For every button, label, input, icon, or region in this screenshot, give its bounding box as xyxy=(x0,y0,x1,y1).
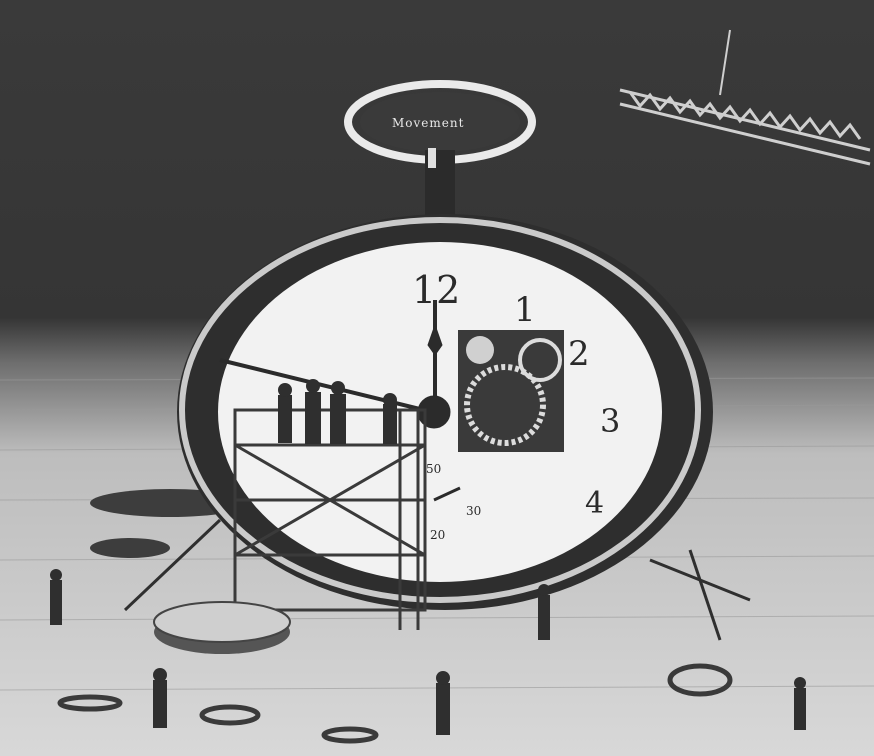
subdial-numeral-30: 30 xyxy=(466,504,481,518)
bow-engraving: Movement xyxy=(392,116,464,130)
scene-graphic xyxy=(0,0,874,756)
subdial-numeral-20: 20 xyxy=(430,528,445,542)
dial-numeral-4: 4 xyxy=(585,486,604,521)
watch-bow xyxy=(348,84,532,220)
dial-numeral-3: 3 xyxy=(600,402,620,440)
illustration: Movement 12 1 2 3 4 50 30 20 xyxy=(0,0,874,756)
dial-numeral-12: 12 xyxy=(412,268,460,312)
subdial-numeral-50: 50 xyxy=(426,462,441,476)
dial-numeral-2: 2 xyxy=(568,334,590,374)
crane xyxy=(620,30,870,164)
dial-numeral-1: 1 xyxy=(514,290,536,330)
gear-cutaway xyxy=(458,330,564,452)
